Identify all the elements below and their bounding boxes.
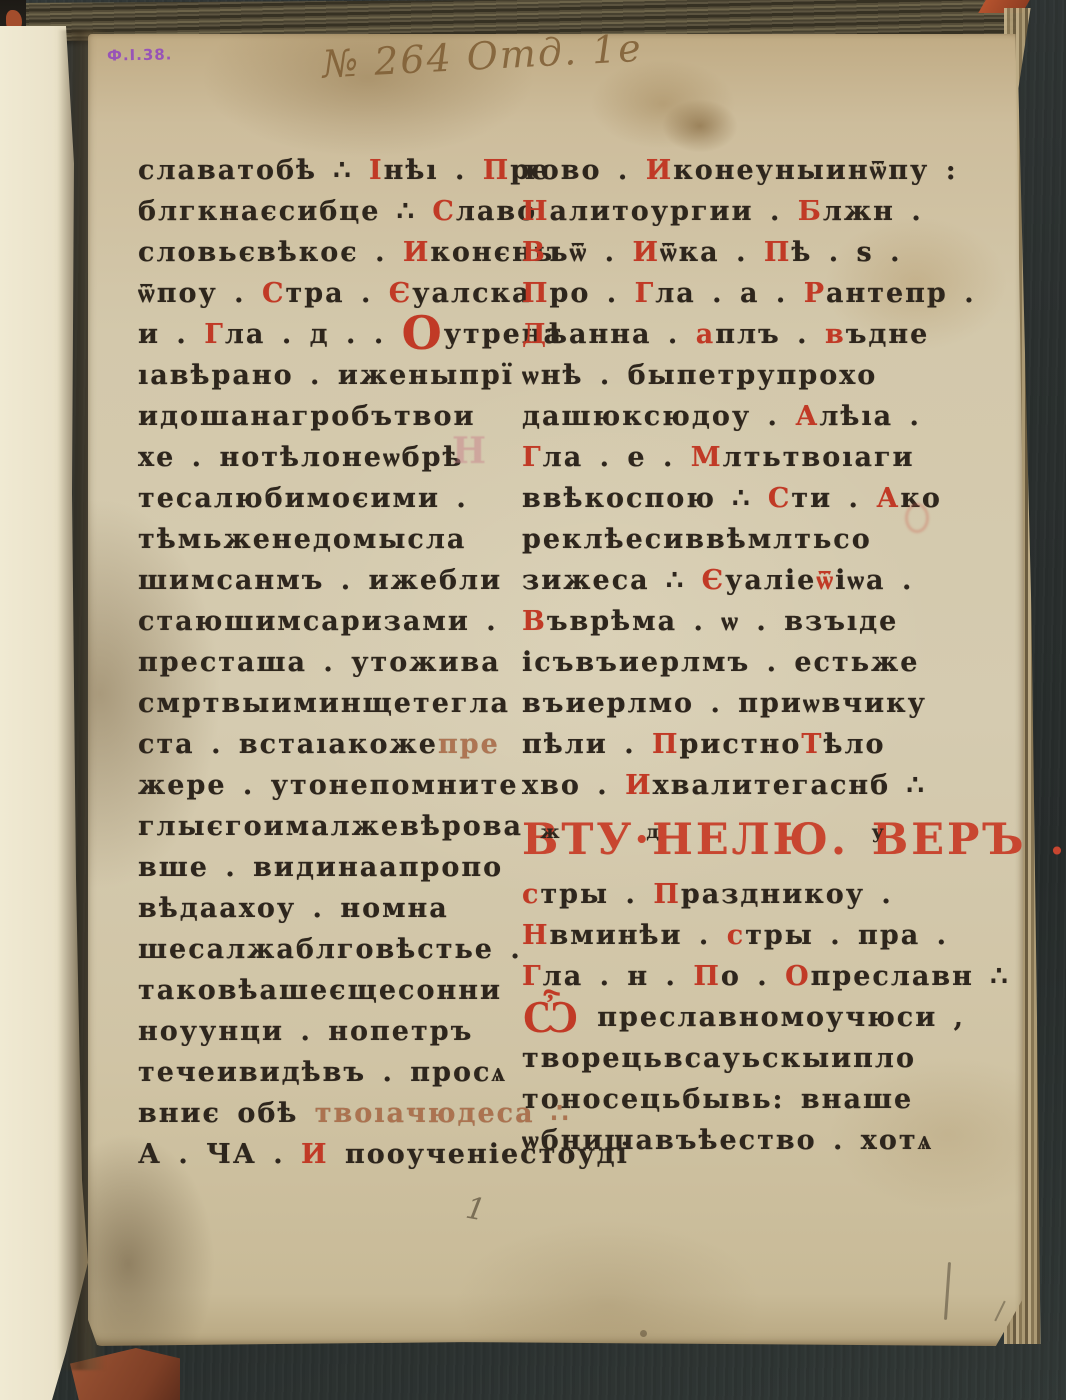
rubricated-text: П	[483, 155, 511, 186]
text-line: хво . Ихвалитегаснб ∴	[522, 765, 982, 806]
rubricated-text: В	[522, 237, 547, 268]
rubricated-text: Т	[801, 729, 823, 760]
text-segment: престаша . утожива	[138, 647, 501, 678]
rubricated-text: И	[301, 1139, 329, 1170]
rubricated-text: ѿ	[816, 565, 835, 596]
rubricated-text: И	[632, 237, 660, 268]
text-segment: ввѣкоспою ∴	[522, 483, 768, 514]
text-segment: идошанагробътвои	[138, 401, 475, 432]
text-line: вше . видинаапропо	[138, 847, 520, 888]
rubricated-text: а	[696, 319, 716, 350]
rubricated-text: Г	[635, 278, 656, 309]
text-line: зижеса ∴ Єуаліеѿіѡа .	[522, 560, 982, 601]
text-line: Налитоургии . Блжн .	[522, 191, 982, 232]
text-segment: пре	[438, 729, 500, 760]
text-segment: уаліе	[725, 565, 816, 596]
text-segment: ѡбнишавъѣество . хотѧ	[522, 1125, 933, 1156]
text-line: престаша . утожива	[138, 642, 520, 683]
rubric-heading-line: ВТУ·НЕЛЮ. ВЕРЪ .жду	[522, 810, 982, 874]
text-line: шесалжаблговѣстье .	[138, 929, 520, 970]
text-segment: хе . нотѣлонеѡбрѣ	[138, 442, 464, 473]
text-segment: ѣ . ѕ .	[791, 237, 901, 268]
text-line: Въѿ . Иѿка . Пѣ . ѕ .	[522, 232, 982, 273]
text-segment: ро .	[550, 278, 635, 309]
text-line: стаюшимсаризами .	[138, 601, 520, 642]
text-segment: смртвыиминщетегла	[138, 688, 510, 719]
text-line: ѡбнишавъѣество . хотѧ	[522, 1120, 982, 1161]
text-segment: антепр .	[826, 278, 976, 309]
text-line: Гла . е . Млтьтвоıаги	[522, 437, 982, 478]
text-segment: плъ .	[715, 319, 825, 350]
rubricated-text: Г	[522, 961, 543, 992]
text-line: Въврѣма . ѡ . взъıде	[522, 601, 982, 642]
text-segment: тесалюбимоєими .	[138, 483, 468, 514]
rubricated-text: П	[764, 237, 792, 268]
text-segment: тово .	[522, 155, 646, 186]
rubricated-text: О	[785, 961, 811, 992]
rubricated-text: А	[795, 401, 819, 432]
text-line: и . Гла . д . . Оутрена	[138, 314, 520, 355]
text-line: ста . встаıакожепре	[138, 724, 520, 765]
text-line: таковѣашеєщесонни	[138, 970, 520, 1011]
text-line: Гла . н . По . Опреславн ∴	[522, 956, 982, 997]
text-line: тово . Иконеуныинѿпу :	[522, 150, 982, 191]
text-segment: тоносецьбывь: внаше	[522, 1084, 913, 1115]
text-segment: лѣıа .	[819, 401, 921, 432]
text-line: шимсанмъ . ижебли	[138, 560, 520, 601]
rubricated-text: И	[403, 237, 431, 268]
text-segment: реклѣесиввѣмлтьсо	[522, 524, 872, 555]
text-segment: преславномоучюси ,	[581, 1002, 965, 1033]
text-line: стры . Праздникоу .	[522, 874, 982, 915]
text-line: тоносецьбывь: внаше	[522, 1079, 982, 1120]
text-line: глыєгоималжевѣрова	[138, 806, 520, 847]
text-segment: ісъвъиерлмъ . естьже	[522, 647, 919, 678]
ink-showthrough-ring	[905, 503, 929, 533]
rubricated-text: С	[432, 196, 456, 227]
text-segment: зижеса ∴	[522, 565, 702, 596]
text-segment: лжн .	[823, 196, 923, 227]
rubricated-text: С	[262, 278, 286, 309]
text-segment: словьєвѣкоє .	[138, 237, 403, 268]
text-segment: ѿка .	[660, 237, 764, 268]
text-segment: шесалжаблговѣстье .	[138, 934, 522, 965]
rubricated-text: І	[369, 155, 384, 186]
text-segment: ристно	[680, 729, 802, 760]
text-line: ıавѣрано . иженыпрї	[138, 355, 520, 396]
rubricated-text: Є	[389, 278, 412, 309]
text-segment: А . ЧА .	[138, 1139, 301, 1170]
text-segment: о .	[721, 961, 785, 992]
text-segment: ла . д . .	[225, 319, 402, 350]
text-segment: творецьвсауьскыипло	[522, 1043, 916, 1074]
text-line: течеивидѣвъ . просѧ	[138, 1052, 520, 1093]
superscript-mark: у	[872, 802, 884, 862]
text-segment: ѣанна .	[548, 319, 696, 350]
text-line: въиерлмо . приѡвчику	[522, 683, 982, 724]
rubricated-text: Д	[522, 319, 548, 350]
rubricated-text: Г	[204, 319, 225, 350]
rubricated-text: В	[522, 606, 547, 637]
text-segment: алитоургии .	[550, 196, 798, 227]
text-segment: тѣмьженедомысла	[138, 524, 466, 555]
text-line: Про . Гла . а . Рантепр .	[522, 273, 982, 314]
text-segment: преславн ∴	[811, 961, 1010, 992]
text-segment: глыєгоималжевѣрова	[138, 811, 523, 842]
text-segment: ѡнѣ . быпетрупрохо	[522, 360, 877, 391]
text-segment: хвалитегаснб ∴	[653, 770, 926, 801]
text-line: творецьвсауьскыипло	[522, 1038, 982, 1079]
library-stamp: Ф.I.38.	[107, 45, 173, 64]
text-segment: вминѣи .	[550, 920, 727, 951]
rubricated-text: М	[691, 442, 723, 473]
text-segment: жере . утонепомните	[138, 770, 519, 801]
text-segment: ла . н .	[543, 961, 694, 992]
rubricated-text: Н	[522, 920, 550, 951]
rubricated-text: в	[825, 319, 846, 350]
text-segment: нѣı .	[384, 155, 483, 186]
rubricated-text: О	[402, 306, 444, 360]
text-line: Ѽ преславномоучюси ,	[522, 997, 982, 1038]
rubricated-text: П	[693, 961, 721, 992]
rubricated-text: А	[876, 483, 900, 514]
text-segment: вше . видинаапропо	[138, 852, 503, 883]
text-segment: ла . а .	[655, 278, 803, 309]
text-line: ѿпоу . Стра . Єуалска	[138, 273, 520, 314]
text-line: дашюксюдоу . Алѣıа .	[522, 396, 982, 437]
rubricated-text: С	[768, 483, 792, 514]
rubricated-text: Б	[798, 196, 823, 227]
text-segment: лтьтвоıаги	[723, 442, 915, 473]
text-segment: дашюксюдоу .	[522, 401, 795, 432]
text-segment: ста . встаıакоже	[138, 729, 438, 760]
text-segment: іѡа .	[835, 565, 913, 596]
rubricated-text: Н	[522, 196, 550, 227]
text-segment: вѣдаахоу . номна	[138, 893, 449, 924]
text-segment: ѿпоу .	[138, 278, 262, 309]
rubricated-text: Г	[522, 442, 543, 473]
text-line: ноуунци . нопетръ	[138, 1011, 520, 1052]
rubricated-text: с	[727, 920, 745, 951]
text-line: вниє обѣ твоıачюдеса ∴	[138, 1093, 520, 1134]
text-line: блгкнаєсибце ∴ Славо	[138, 191, 520, 232]
text-line: тесалюбимоєими .	[138, 478, 520, 519]
text-segment: раздникоу .	[681, 879, 893, 910]
text-column-left: славатобѣ ∴ Інѣı . Преблгкнаєсибце ∴ Сла…	[138, 150, 520, 1175]
rubricated-text: Ѽ	[522, 989, 581, 1043]
text-segment: тры . пра .	[745, 920, 948, 951]
text-segment: ъѿ .	[547, 237, 633, 268]
text-line: ісъвъиерлмъ . естьже	[522, 642, 982, 683]
text-line: А . ЧА . И пооученіестоудї	[138, 1134, 520, 1175]
rubricated-text: И	[625, 770, 653, 801]
text-segment: тры .	[540, 879, 653, 910]
text-segment: ноуунци . нопетръ	[138, 1016, 473, 1047]
text-segment: ла . е .	[543, 442, 691, 473]
text-line: смртвыиминщетегла	[138, 683, 520, 724]
text-line: вѣдаахоу . номна	[138, 888, 520, 929]
text-segment: течеивидѣвъ . просѧ	[138, 1057, 507, 1088]
rubricated-text: с	[522, 879, 540, 910]
text-line: славатобѣ ∴ Інѣı . Пре	[138, 150, 520, 191]
text-segment: пѣли .	[522, 729, 652, 760]
text-segment: въиерлмо . приѡвчику	[522, 688, 927, 719]
rubricated-text: П	[652, 729, 680, 760]
text-segment: ѣло	[823, 729, 885, 760]
text-column-right: тово . Иконеуныинѿпу :Налитоургии . Блжн…	[522, 150, 982, 1161]
text-line: жере . утонепомните	[138, 765, 520, 806]
text-segment: славатобѣ ∴	[138, 155, 369, 186]
text-segment: ъдне	[846, 319, 930, 350]
ink-showthrough-letter: Н	[452, 430, 486, 472]
rubricated-text: Р	[804, 278, 826, 309]
superscript-mark: д	[646, 802, 659, 862]
parchment-hole	[640, 1330, 647, 1337]
superscript-mark: ж	[540, 802, 559, 862]
text-segment: хво .	[522, 770, 625, 801]
rubricated-text: П	[653, 879, 681, 910]
text-line: пѣли . ПристноТѣло	[522, 724, 982, 765]
text-segment: ъврѣма . ѡ . взъıде	[547, 606, 899, 637]
text-segment: ти .	[791, 483, 876, 514]
rubricated-text: ВТУ·НЕЛЮ. ВЕРЪ .	[522, 815, 1066, 865]
text-segment: конеуныинѿпу :	[673, 155, 957, 186]
text-segment: уалска	[412, 278, 531, 309]
text-line: Дѣанна . аплъ . въдне	[522, 314, 982, 355]
rubricated-text: П	[522, 278, 550, 309]
text-line: Нвминѣи . стры . пра .	[522, 915, 982, 956]
text-segment: таковѣашеєщесонни	[138, 975, 502, 1006]
text-segment: ıавѣрано . иженыпрї	[138, 360, 514, 391]
text-line: тѣмьженедомысла	[138, 519, 520, 560]
text-segment: и .	[138, 319, 204, 350]
text-segment: вниє обѣ	[138, 1098, 315, 1129]
text-segment: блгкнаєсибце ∴	[138, 196, 432, 227]
text-line: словьєвѣкоє . Иконєны	[138, 232, 520, 273]
rubricated-text: Є	[702, 565, 725, 596]
text-segment: шимсанмъ . ижебли	[138, 565, 502, 596]
rubricated-text: И	[646, 155, 674, 186]
text-segment: стаюшимсаризами .	[138, 606, 498, 637]
text-line: ѡнѣ . быпетрупрохо	[522, 355, 982, 396]
text-segment: тра .	[285, 278, 388, 309]
